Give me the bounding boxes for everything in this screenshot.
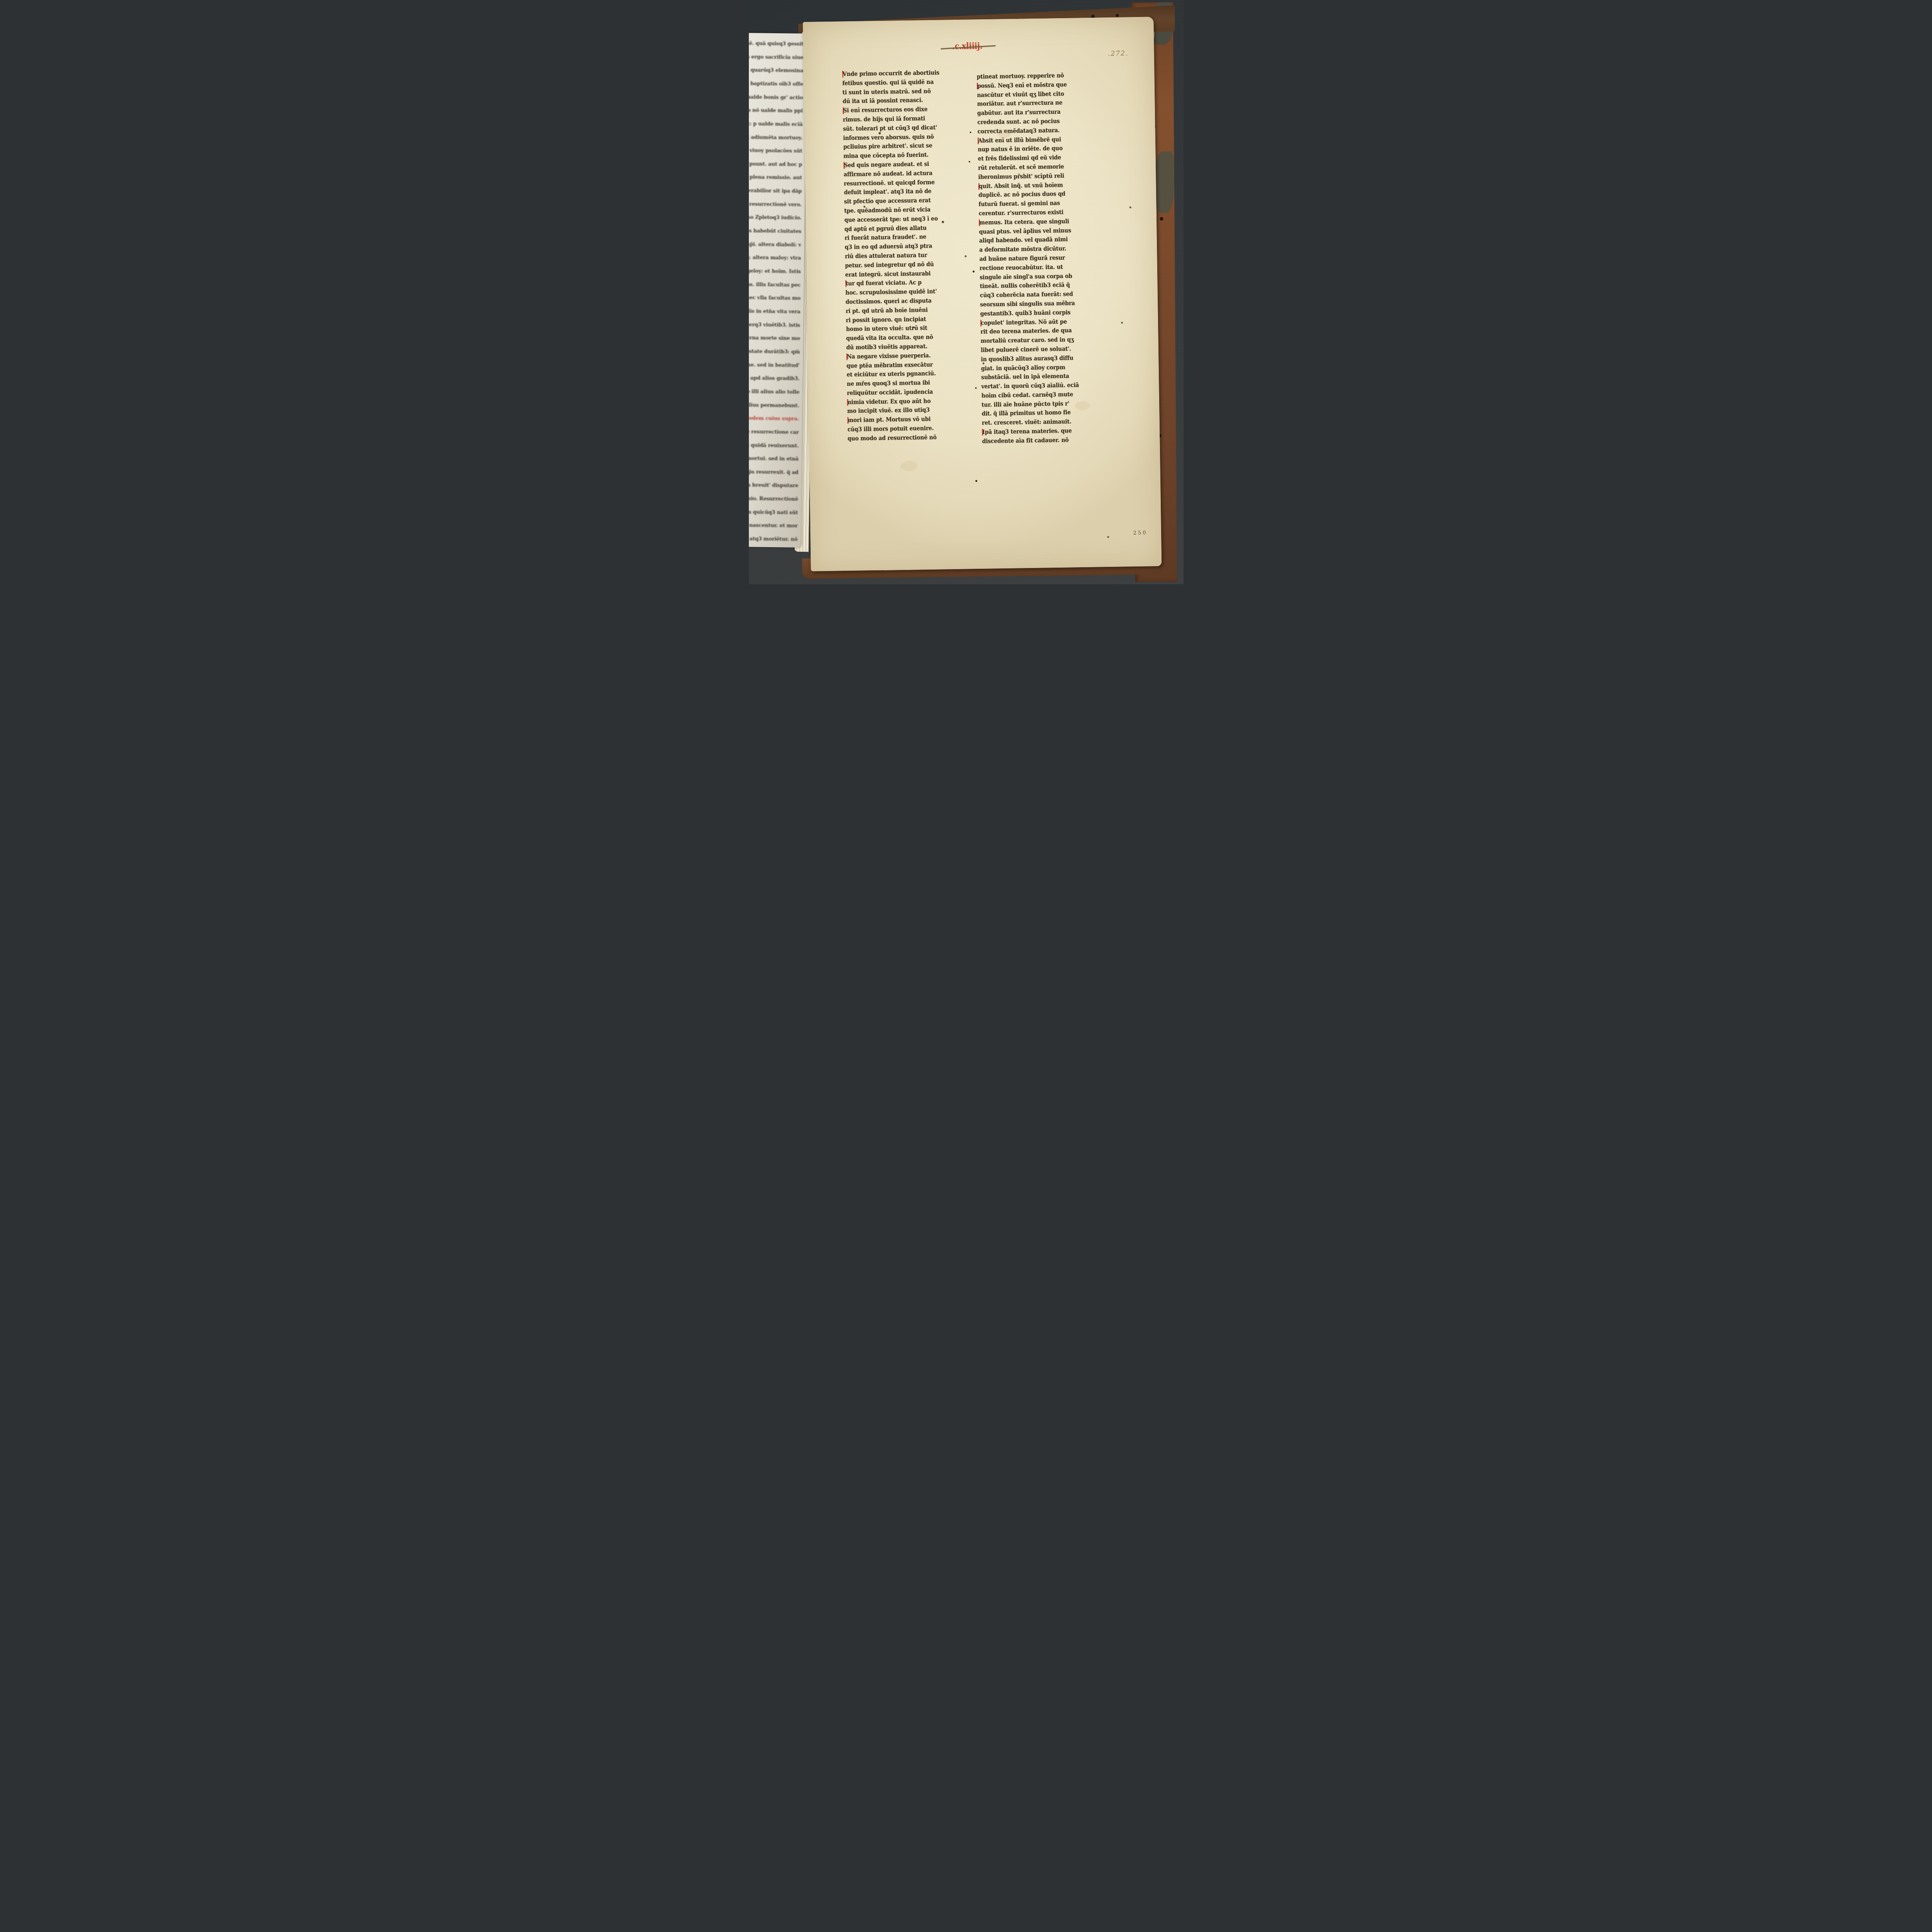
left-page-line: volūtas. illis facultas pec <box>749 277 801 292</box>
left-page-line: na bonoy. altera maloy: vtra <box>749 250 801 265</box>
text-column-left: Vnde primo occurrit de abortiuisfetibus … <box>842 68 975 444</box>
left-page-line: carnē oīm quicūq3 nati sūt <box>749 505 798 519</box>
wormhole <box>1116 14 1119 17</box>
ink-speck <box>968 161 970 162</box>
red-touched-initial: q <box>978 183 982 189</box>
chapter-rubric: .c.xliiij. <box>942 41 992 51</box>
left-page-line: ualescūq3 viuoy psolacōes sūt <box>749 143 803 158</box>
left-page-line: nacio. Post resurrectionē vero. <box>749 197 802 211</box>
wormhole <box>942 221 944 223</box>
left-page-line: utriq3 sine fine. sed in beatitud' <box>749 357 800 372</box>
left-page-line: suos fines habebūt ciuitates <box>749 223 801 238</box>
red-touched-initial: S <box>842 107 847 114</box>
red-touched-initial: I <box>982 429 985 435</box>
left-page-line: due. vna xp̄i. altera diaboli: v <box>749 237 801 252</box>
left-page-line: nō inuenio. Resurrectionē <box>749 491 798 506</box>
red-touched-initial: S <box>843 162 847 168</box>
wormhole <box>878 132 881 134</box>
wormhole <box>982 362 984 364</box>
red-touched-initial: N <box>846 353 852 360</box>
ink-speck <box>975 480 977 482</box>
red-touched-initial: V <box>842 71 847 77</box>
left-page-line: miseria vero illi alius alio tolle <box>749 384 799 399</box>
left-page-line: cit' feliciterq3 viuētib3. istis <box>749 317 800 332</box>
red-touched-initial: t <box>845 281 848 287</box>
main-page: .c.xliiij. .272. Vnde primo occurrit de … <box>803 17 1162 571</box>
left-page-line: q3 tn̄ et angeloy: et hoīm. Istis <box>749 264 801 278</box>
left-page-line: p defūctis baptizatis oīb3 offe <box>749 76 803 91</box>
left-page-line: quib3 aūt psunt. aut ad hoc p <box>749 156 802 171</box>
left-page-line: nes sunt. p nō ualde malis ppi <box>749 103 803 118</box>
text-line: quo modo ad resurrectionē nō <box>847 433 975 444</box>
red-touched-initial: p <box>976 83 981 89</box>
left-page-line: sūt ut sit plena remissio. aut <box>749 170 802 185</box>
left-page-line: tui sunt. atq3 moriētur. nō <box>749 531 798 546</box>
left-page-line: nis nō sicut quidā reuixerunt. <box>749 438 799 452</box>
leather-patch <box>1155 151 1174 213</box>
left-page-line: modū possum breuit' disputare <box>749 478 798 493</box>
manuscript-photo: fferēciā vitē. quā quisq3 gessitcorpe: C… <box>749 0 1184 584</box>
red-touched-initial: c <box>980 320 984 326</box>
left-page-line: hoīm. atq3 nascentur. et mor <box>749 518 798 533</box>
wormhole <box>1129 206 1131 208</box>
parchment-stain <box>900 461 917 471</box>
left-page-line: fferēciā vitē. quā quisq3 gessit <box>749 36 804 51</box>
ink-speck <box>973 270 975 272</box>
ink-speck <box>969 131 971 133</box>
red-touched-initial: A <box>977 137 982 144</box>
left-page-line: rūtur. p ualde bonis gr' actio <box>749 90 803 104</box>
left-partial-page: fferēciā vitē. quā quisq3 gessitcorpe: C… <box>749 33 807 548</box>
left-page-line: De eodem cuius supra. <box>749 411 799 425</box>
left-page-line: corpe: Cū ergo sacrificia siue <box>749 49 804 64</box>
red-touched-initial: n <box>847 399 851 405</box>
left-page-line: certe ut tollerabilior sit ipa dāp <box>749 183 802 198</box>
text-line: discedente aīa fit cadauer. nō <box>982 435 1115 446</box>
left-page-line: candi. nec vlla facultas mo <box>749 291 801 305</box>
left-page-line: vitā sicut xp̄s resurrexit. q̄ ad <box>749 464 798 479</box>
left-page-line: riendi potestate durātib3: qm̄ <box>749 344 800 359</box>
wormhole <box>863 206 865 207</box>
wormhole <box>1121 322 1123 324</box>
red-touched-initial: m <box>979 219 985 226</box>
left-page-line: ltatis. siue quarūq3 elemosina <box>749 63 803 78</box>
wormhole <box>912 327 914 328</box>
left-page-line: rabilius permanebunt. <box>749 398 799 412</box>
folio-number-stamp: 250 <box>1125 530 1156 536</box>
left-page-line: felicit' in eterna morte sine mo <box>749 331 800 345</box>
folio-number-handwritten: .272. <box>1097 49 1139 58</box>
left-page-line: nulla sūt adiumēta mortuoy. <box>749 130 803 145</box>
left-page-line: iterūq3 sūt mortui. sed in etnā <box>749 451 799 466</box>
wormhole <box>1160 217 1163 221</box>
red-touched-initial: m <box>847 417 853 424</box>
left-page-line: ne ipī. alij apd alios gradib3. <box>749 371 799 385</box>
left-page-text-fragment: fferēciā vitē. quā quisq3 gessitcorpe: C… <box>749 36 804 548</box>
ink-speck <box>975 387 976 389</box>
wormhole <box>1107 536 1109 538</box>
left-page-line: riendi. illis in etn̄a vita vera <box>749 304 801 318</box>
left-page-line: facto vniuerso Zpletoq3 iudicio. <box>749 210 801 225</box>
text-column-right: ptineat mortuoy. repperire nōpossū. Neq3… <box>976 71 1115 446</box>
left-page-line: aciōes sunt: p ualde malis eciā <box>749 116 803 131</box>
left-page-line: Am vero de resurrectione car <box>749 424 799 439</box>
wormhole <box>964 255 966 257</box>
